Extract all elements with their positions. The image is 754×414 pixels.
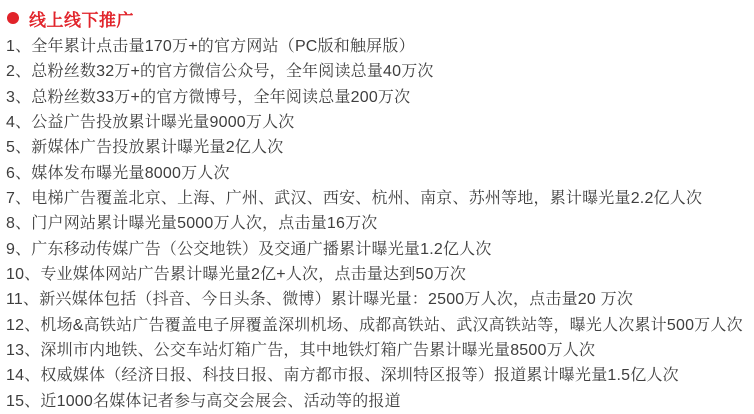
list-item: 2、总粉丝数32万+的官方微信公众号，全年阅读总量40万次	[6, 59, 750, 84]
list-item: 4、公益广告投放累计曝光量9000万人次	[6, 110, 750, 135]
list-item: 14、权威媒体（经济日报、科技日报、南方都市报、深圳特区报等）报道累计曝光量1.…	[6, 363, 750, 388]
promo-document: 线上线下推广 1、全年累计点击量170万+的官方网站（PC版和触屏版） 2、总粉…	[0, 0, 754, 414]
section-title-row: 线上线下推广	[5, 7, 750, 29]
list-item: 1、全年累计点击量170万+的官方网站（PC版和触屏版）	[6, 34, 750, 59]
section-title: 线上线下推广	[29, 6, 134, 31]
list-item: 12、机场&高铁站广告覆盖电子屏覆盖深圳机场、成都高铁站、武汉高铁站等，曝光人次…	[6, 313, 750, 338]
list-item: 6、媒体发布曝光量8000万人次	[6, 161, 750, 186]
list-item: 8、门户网站累计曝光量5000万人次，点击量16万次	[6, 211, 750, 236]
list-item: 3、总粉丝数33万+的官方微博号，全年阅读总量200万次	[6, 85, 750, 110]
promo-list: 1、全年累计点击量170万+的官方网站（PC版和触屏版） 2、总粉丝数32万+的…	[5, 34, 750, 414]
list-item: 9、广东移动传媒广告（公交地铁）及交通广播累计曝光量1.2亿人次	[6, 237, 750, 262]
list-item: 7、电梯广告覆盖北京、上海、广州、武汉、西安、杭州、南京、苏州等地，累计曝光量2…	[6, 186, 750, 211]
red-bullet-icon	[7, 12, 19, 24]
list-item: 15、近1000名媒体记者参与高交会展会、活动等的报道	[6, 389, 750, 414]
list-item: 13、深圳市内地铁、公交车站灯箱广告，其中地铁灯箱广告累计曝光量8500万人次	[6, 338, 750, 363]
list-item: 10、专业媒体网站广告累计曝光量2亿+人次，点击量达到50万次	[6, 262, 750, 287]
list-item: 11、新兴媒体包括（抖音、今日头条、微博）累计曝光量：2500万人次，点击量20…	[6, 287, 750, 312]
list-item: 5、新媒体广告投放累计曝光量2亿人次	[6, 135, 750, 160]
